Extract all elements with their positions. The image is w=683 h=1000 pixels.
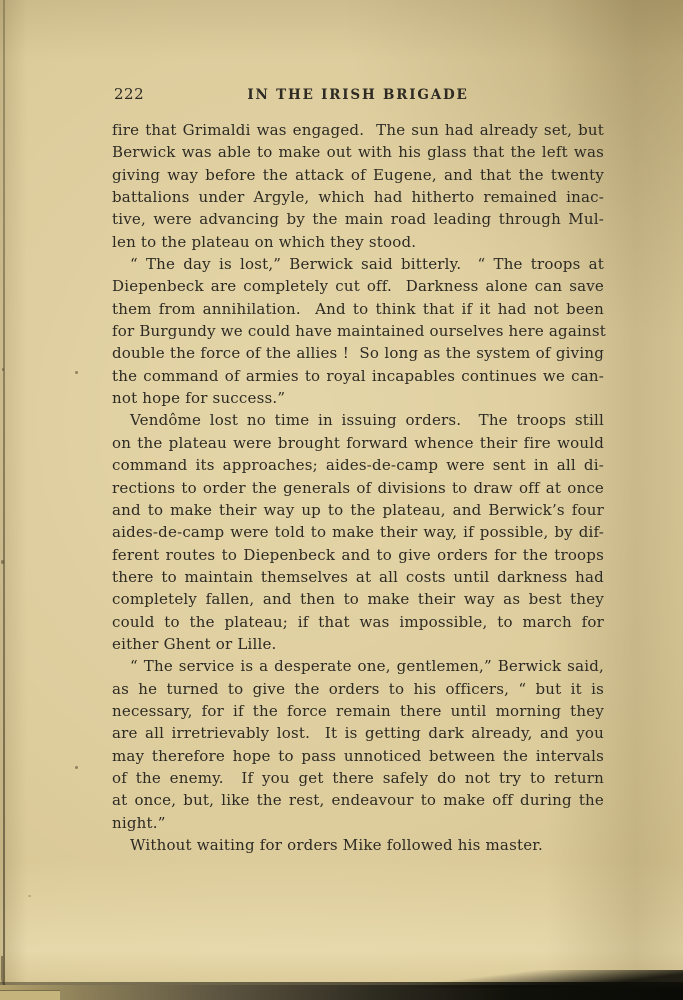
text-line: command its approaches; aides-de-camp we… [112, 454, 604, 476]
bottom-left-page-edge [0, 990, 60, 1000]
book-page-scan: 222 IN THE IRISH BRIGADE fire that Grima… [0, 0, 683, 1000]
text-line: either Ghent or Lille. [112, 633, 604, 655]
paper-speck [75, 766, 78, 769]
text-line: them from annihilation. And to think tha… [112, 298, 604, 320]
text-line: are all irretrievably lost. It is gettin… [112, 722, 604, 744]
text-line: night.” [112, 812, 604, 834]
text-line: battalions under Argyle, which had hithe… [112, 186, 604, 208]
text-line: len to the plateau on which they stood. [112, 231, 604, 253]
text-line: “ The day is lost,” Berwick said bitterl… [112, 253, 604, 275]
text-line: aides-de-camp were told to make their wa… [112, 521, 604, 543]
text-line: giving way before the attack of Eugene, … [112, 164, 604, 186]
paper-speck [28, 895, 31, 897]
text-line: for Burgundy we could have maintained ou… [112, 320, 604, 342]
text-line: Berwick was able to make out with his gl… [112, 141, 604, 163]
text-line: could to the plateau; if that was imposs… [112, 611, 604, 633]
text-line: not hope for success.” [112, 387, 604, 409]
text-line: Without waiting for orders Mike followed… [112, 834, 604, 856]
text-line: double the force of the allies ! So long… [112, 342, 604, 364]
text-line: rections to order the generals of divisi… [112, 477, 604, 499]
text-line: at once, but, like the rest, endeavour t… [112, 789, 604, 811]
text-line: Diepenbeck are completely cut off. Darkn… [112, 275, 604, 297]
text-line: and to make their way up to the plateau,… [112, 499, 604, 521]
text-line: necessary, for if the force remain there… [112, 700, 604, 722]
text-line: there to maintain themselves at all cost… [112, 566, 604, 588]
bottom-right-shadow [376, 970, 683, 988]
text-line: may therefore hope to pass unnoticed bet… [112, 745, 604, 767]
text-line: Vendôme lost no time in issuing orders. … [112, 409, 604, 431]
page-header: 222 IN THE IRISH BRIGADE [112, 85, 604, 103]
running-title: IN THE IRISH BRIGADE [112, 87, 604, 103]
text-line: of the enemy. If you get there safely do… [112, 767, 604, 789]
text-line: the command of armies to royal incapable… [112, 365, 604, 387]
text-line: fire that Grimaldi was engaged. The sun … [112, 119, 604, 141]
spine-edge-line [3, 0, 5, 986]
text-line: ferent routes to Diepenbeck and to give … [112, 544, 604, 566]
paper-speck [2, 368, 4, 371]
text-line: on the plateau were brought forward when… [112, 432, 604, 454]
text-line: as he turned to give the orders to his o… [112, 678, 604, 700]
text-line: tive, were advancing by the main road le… [112, 208, 604, 230]
paper-speck [75, 371, 78, 374]
text-line: completely fallen, and then to make thei… [112, 588, 604, 610]
text-body: fire that Grimaldi was engaged. The sun … [112, 119, 604, 856]
paper-speck [1, 560, 4, 564]
text-line: “ The service is a desperate one, gentle… [112, 655, 604, 677]
